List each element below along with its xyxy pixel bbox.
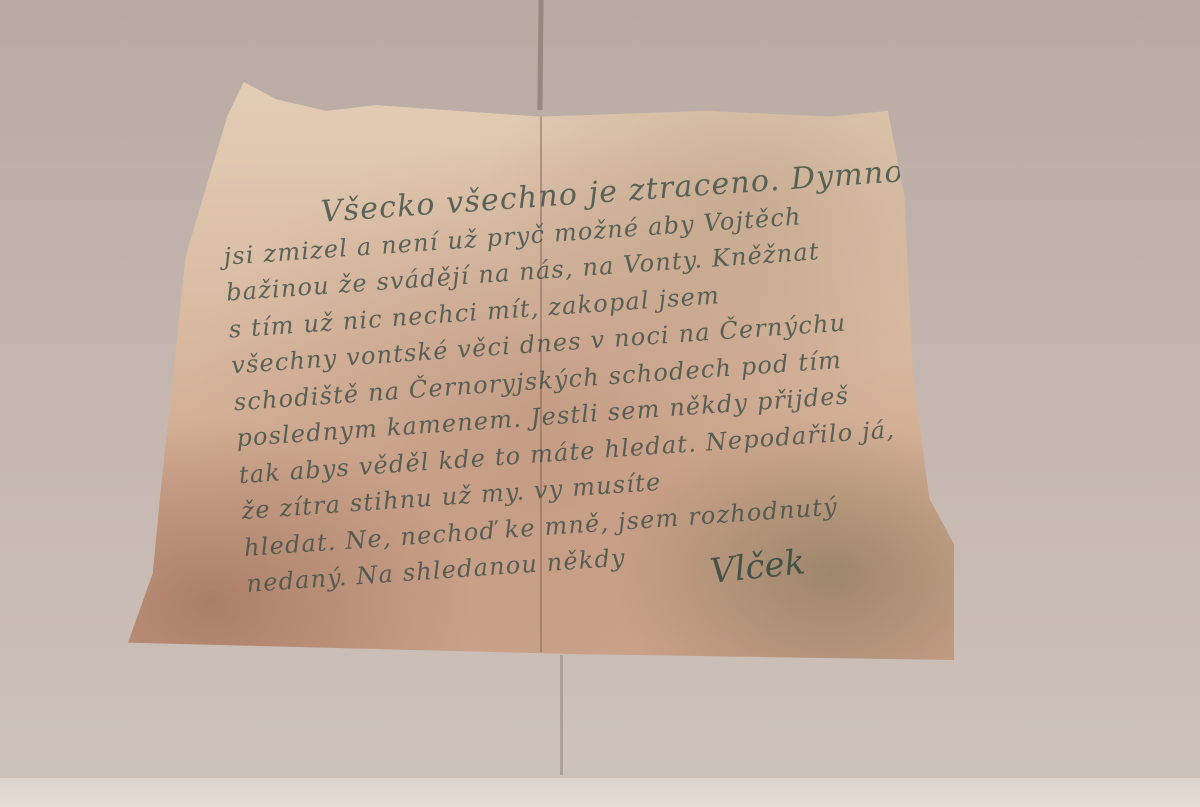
handwritten-letter-text: Všecko všechno je ztraceno. Dymnova jsi … (220, 153, 946, 602)
tile-grout-line (560, 655, 563, 775)
floor-edge (0, 776, 1200, 807)
aged-letter-paper: Všecko všechno je ztraceno. Dymnova jsi … (128, 82, 954, 660)
letter-signature: Vlček (708, 542, 807, 592)
tile-grout-line (537, 0, 543, 110)
